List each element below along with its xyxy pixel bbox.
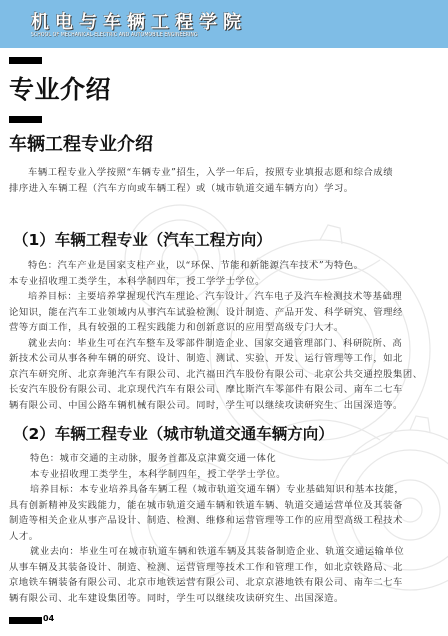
major-1-degree: 本专业招收理工类学生，本科学制四年，授工学学士学位。 — [9, 274, 437, 290]
page-number-bar — [9, 617, 42, 624]
major-2-goals-line: 培养目标：本专业培养具备车辆工程（城市轨道交通车辆）专业基础知识和基本技能， — [9, 482, 437, 498]
page-number: 04 — [43, 614, 54, 623]
major-1-goals-line: 培养目标：主要培养掌握现代汽车理论、汽车设计、汽车电子及汽车检测技术等基础理 — [9, 289, 437, 305]
school-name-cn: 机电与车辆工程学院 — [31, 8, 247, 34]
major-2-career-line: 辆有限公司、北车建设集团等。同时，学生可以继续攻读研究生、出国深造。 — [9, 591, 437, 607]
major-2-career-line: 从事车辆及其装备设计、制造、检测、运营管理等技术工作和管理工作，如北京铁路局、北 — [9, 560, 437, 576]
subsection-title: 车辆工程专业介绍 — [9, 130, 153, 156]
section-title: 专业介绍 — [9, 70, 111, 106]
major-1-career-line: 就业去向：毕业生可在汽车整车及零部件制造企业、国家交通管理部门、科研院所、高 — [9, 336, 437, 352]
major-2-goals-line: 具有创新精神及实践能力，能在城市轨道交通车辆和铁道车辆、轨道交通运营单位及其装备 — [9, 498, 437, 514]
intro-line: 车辆工程专业入学按照“车辆专业”招生，入学一年后，按照专业填报志愿和综合成绩 — [9, 165, 437, 181]
major-2-career-line: 就业去向：毕业生可在城市轨道车辆和铁道车辆及其装备制造企业、轨道交通运输单位 — [9, 544, 437, 560]
major-1-heading: （1）车辆工程专业（汽车工程方向） — [13, 228, 272, 250]
major-2-goals-line: 人才。 — [9, 529, 437, 545]
major-2-features: 特色：城市交通的主动脉，服务首都及京津冀交通一体化 — [9, 451, 437, 467]
school-name-en: SCHOOL OF MECHANICAL-ELECTRIC AND AUTOMO… — [31, 32, 198, 38]
major-1-career-line: 辆有限公司、中国公路车辆机械有限公司。同时，学生可以继续攻读研究生、出国深造等。 — [9, 398, 437, 414]
major-2-body: 特色：城市交通的主动脉，服务首都及京津冀交通一体化 本专业招收理工类学生，本科学… — [9, 451, 437, 606]
major-1-career-line: 长安汽车股份有限公司、北京现代汽车有限公司、摩比斯汽车零部件有限公司、南车二七车 — [9, 382, 437, 398]
major-2-goals-line: 制造等相关企业从事产品设计、制造、检测、维修和运营管理等工作的应用型高级工程技术 — [9, 513, 437, 529]
major-1-career-line: 新技术公司从事各种车辆的研究、设计、制造、测试、实验、开发、运行管理等工作，如北 — [9, 351, 437, 367]
major-2-career-line: 京地铁车辆装备有限公司、北京市地铁运营有限公司、北京京港地铁有限公司、南车二七车 — [9, 575, 437, 591]
major-1-body: 特色：汽车产业是国家支柱产业，以“环保、节能和新能源汽车技术”为特色。 本专业招… — [9, 258, 437, 413]
school-header-banner: 机电与车辆工程学院 SCHOOL OF MECHANICAL-ELECTRIC … — [0, 0, 448, 48]
major-1-career-line: 京汽车研究所、北京奔驰汽车有限公司、北汽福田汽车股份有限公司、北京公共交通控股集… — [9, 367, 437, 383]
major-1-goals-line: 营等方面工作，具有较强的工程实践能力和创新意识的应用型高级专门人才。 — [9, 320, 437, 336]
major-2-degree: 本专业招收理工类学生，本科学制四年，授工学学士学位。 — [9, 467, 437, 483]
section-title-bar — [9, 57, 42, 64]
major-1-goals-line: 论知识，能在汽车工业领域内从事汽车试验检测、设计制造、产品开发、科学研究、管理经 — [9, 305, 437, 321]
intro-paragraph: 车辆工程专业入学按照“车辆专业”招生，入学一年后，按照专业填报志愿和综合成绩 排… — [9, 165, 437, 196]
subsection-title-bar — [9, 116, 42, 123]
major-1-features: 特色：汽车产业是国家支柱产业，以“环保、节能和新能源汽车技术”为特色。 — [9, 258, 437, 274]
major-2-heading: （2）车辆工程专业（城市轨道交通车辆方向） — [13, 422, 334, 444]
intro-line: 排序进入车辆工程（汽车方向或车辆工程）或（城市轨道交通车辆方向）学习。 — [9, 181, 437, 197]
